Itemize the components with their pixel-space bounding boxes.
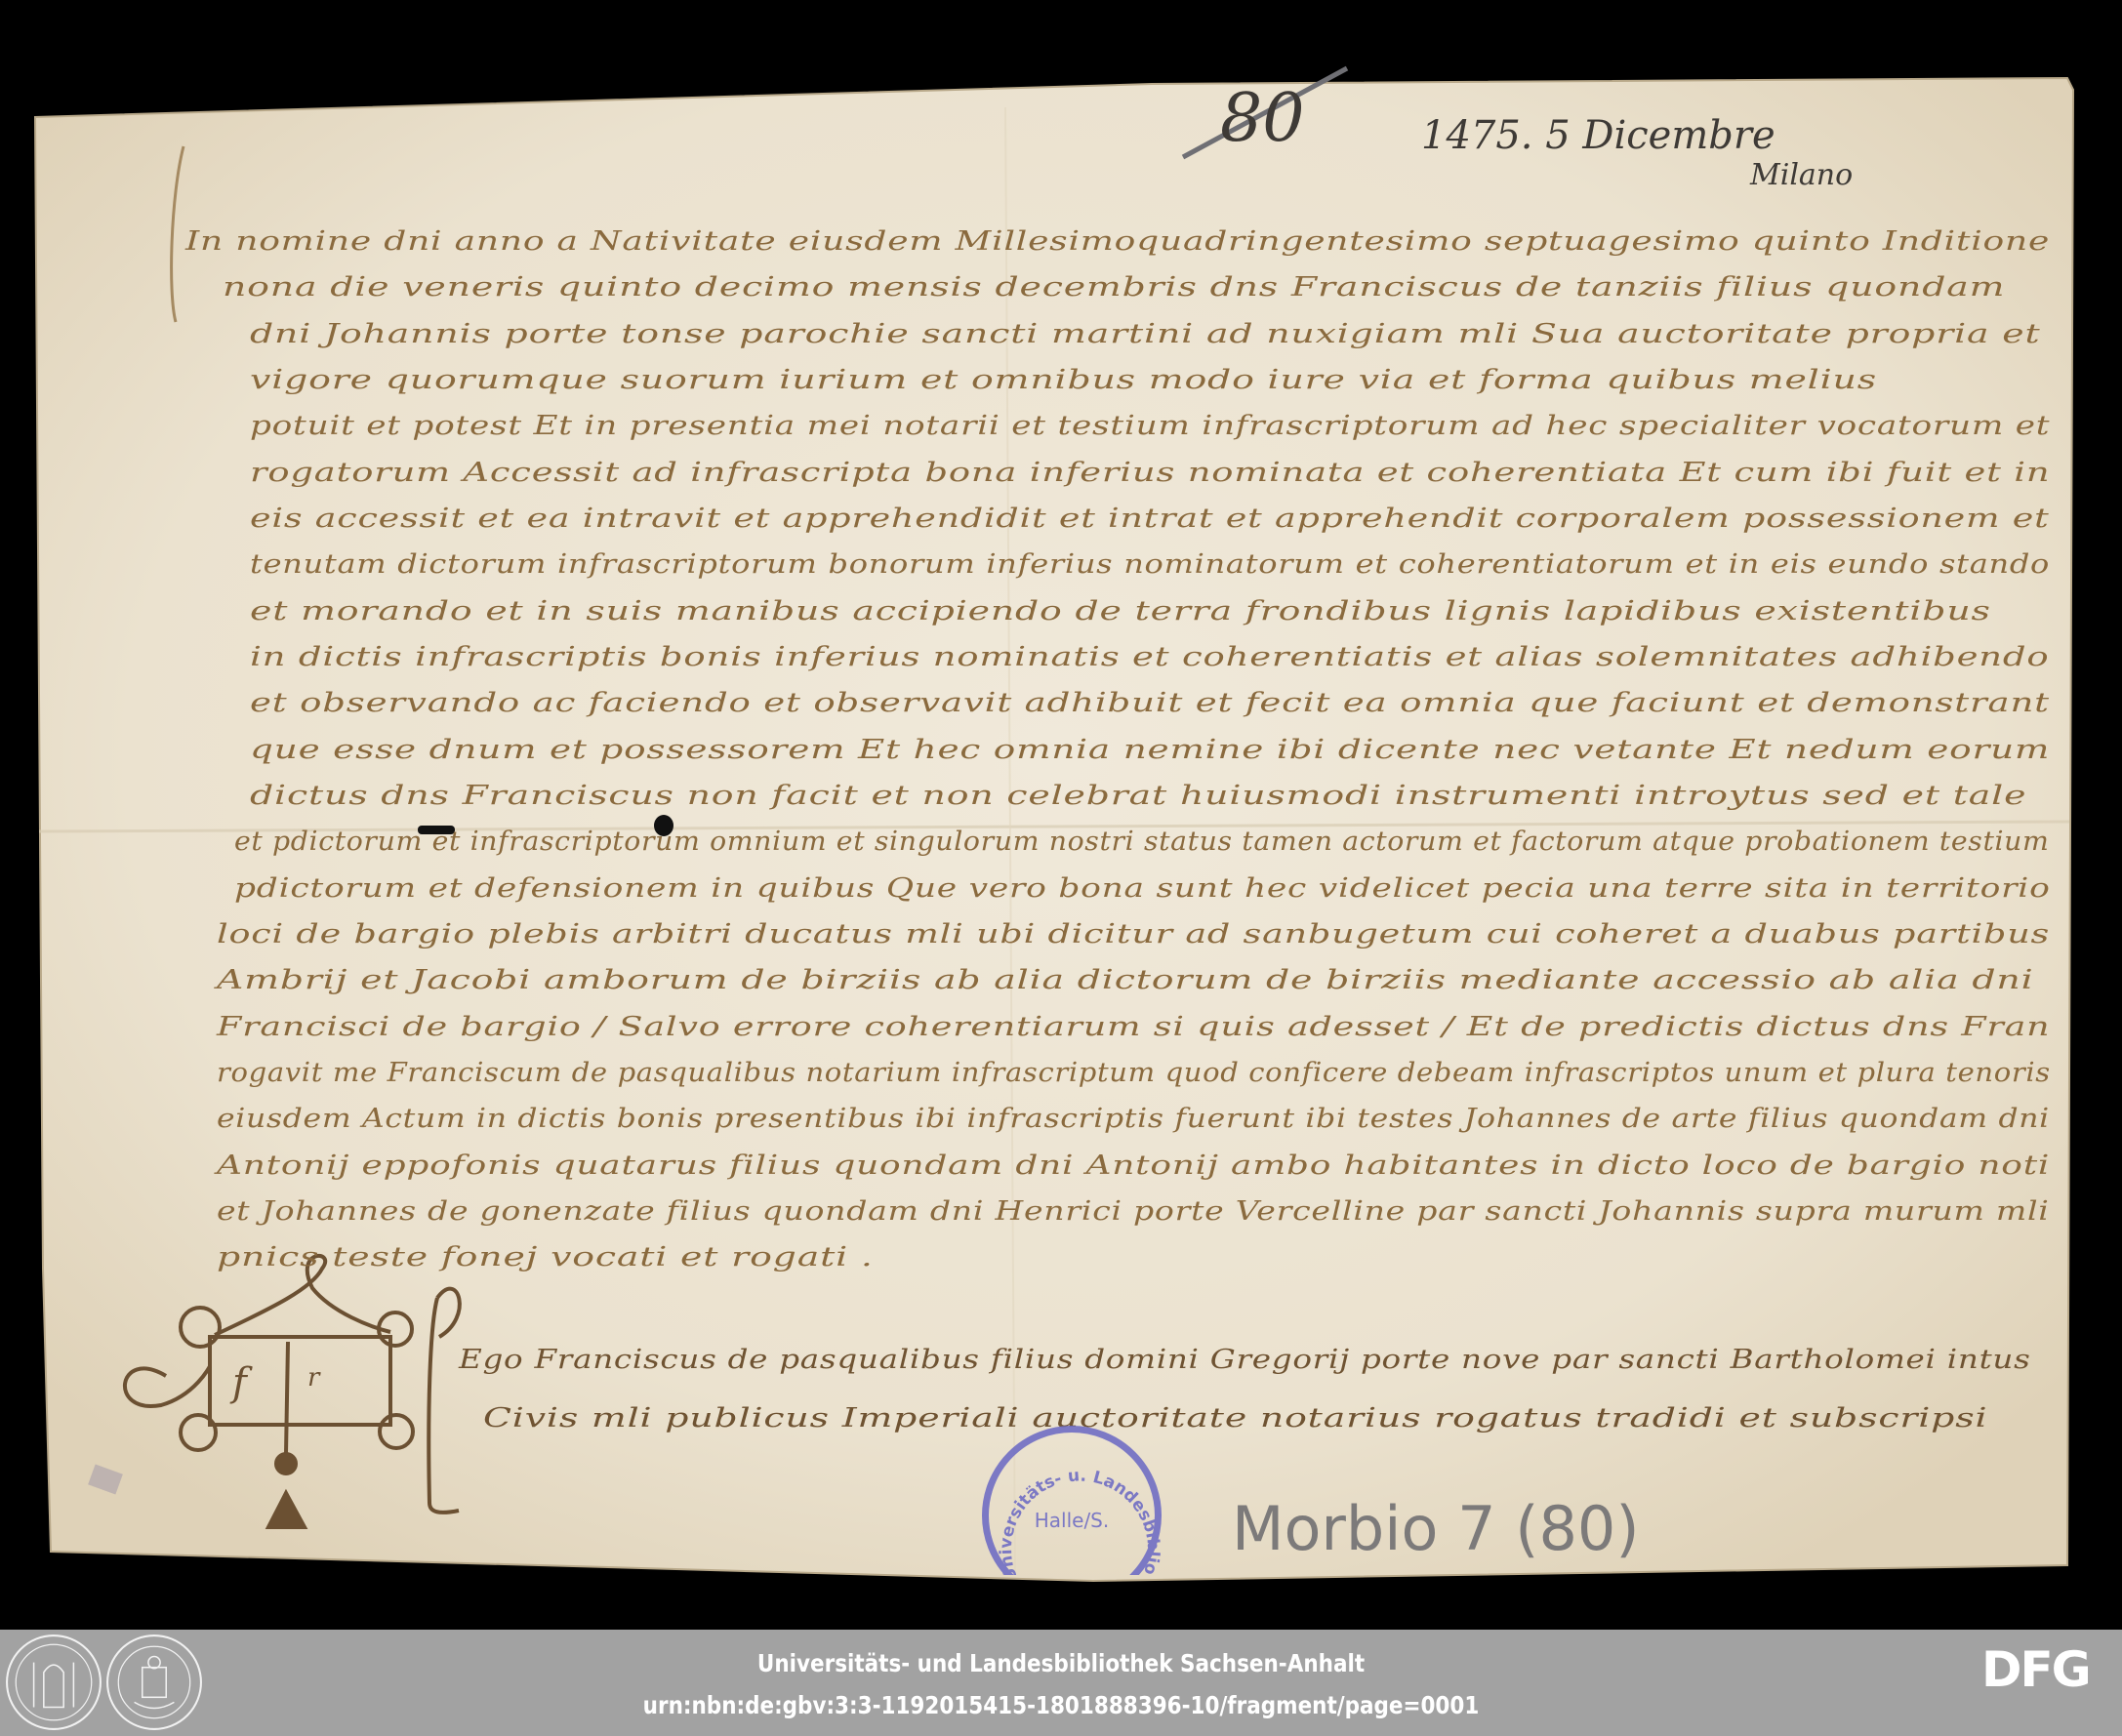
image-viewer: f r 80 1475. 5 Dicembre Milano Morbio 7 … <box>0 0 2122 1630</box>
text-line: vigore quorumque suorum iurium et omnibu… <box>250 365 1877 395</box>
text-line: et observando ac faciendo et observavit … <box>250 688 2050 718</box>
text-line: loci de bargio plebis arbitri ducatus ml… <box>217 919 2050 949</box>
text-line: pdictorum et defensionem in quibus Que v… <box>234 873 2051 904</box>
stamp-city: Halle/S. <box>989 1509 1155 1532</box>
text-line: in dictis infrascriptis bonis inferius n… <box>250 642 2049 672</box>
dfg-logo: DFG <box>1981 1645 2090 1694</box>
date-annotation: 1475. 5 Dicembre <box>1421 113 1775 158</box>
text-line: rogatorum Accessit ad infrascripta bona … <box>250 458 2050 488</box>
text-line: et Johannes de gonenzate filius quondam … <box>217 1196 2050 1227</box>
text-line: In nomine dni anno a Nativitate eiusdem … <box>185 226 2050 257</box>
text-line: Francisci de bargio / Salvo errore coher… <box>217 1012 2050 1042</box>
struck-folio-number: 80 <box>1220 80 1305 157</box>
text-line: pnics teste fonej vocati et rogati . <box>217 1242 874 1272</box>
text-line: et morando et in suis manibus accipiendo… <box>250 596 1991 626</box>
text-line: dni Johannis porte tonse parochie sancti… <box>250 319 2041 349</box>
text-line: que esse dnum et possessorem Et hec omni… <box>250 735 2050 765</box>
footer-bar: Universitäts- und Landesbibliothek Sachs… <box>0 1630 2122 1736</box>
text-line: dictus dns Franciscus non facit et non c… <box>250 781 2026 811</box>
text-line: tenutam dictorum infrascriptorum bonorum… <box>250 549 2050 580</box>
svg-text:r: r <box>307 1363 321 1393</box>
signature-line: Ego Franciscus de pasqualibus filius dom… <box>459 1345 2031 1375</box>
library-name: Universitäts- und Landesbibliothek Sachs… <box>148 1649 1974 1677</box>
text-line: eis accessit et ea intravit et apprehend… <box>250 504 2050 534</box>
text-line: eiusdem Actum in dictis bonis presentibu… <box>217 1104 2050 1134</box>
text-line: potuit et potest Et in presentia mei not… <box>250 411 2050 441</box>
text-line: et pdictorum et infrascriptorum omnium e… <box>234 827 2050 857</box>
urn-identifier: urn:nbn:de:gbv:3:3-1192015415-1801888396… <box>148 1691 1974 1719</box>
signature-line: Civis mli publicus Imperiali auctoritate… <box>483 1403 1987 1433</box>
place-annotation: Milano <box>1750 158 1853 192</box>
text-line: rogavit me Franciscum de pasqualibus not… <box>217 1058 2051 1088</box>
text-line: Antonij eppofonis quatarus filius quonda… <box>217 1151 2050 1181</box>
text-line: nona die veneris quinto decimo mensis de… <box>223 272 2005 303</box>
parchment-document: f r 80 1475. 5 Dicembre Milano Morbio 7 … <box>0 0 2122 1630</box>
text-line: Ambrij et Jacobi amborum de birziis ab a… <box>217 965 2034 995</box>
university-seal-halle-icon <box>4 1633 103 1732</box>
shelfmark-annotation: Morbio 7 (80) <box>1232 1493 1640 1564</box>
